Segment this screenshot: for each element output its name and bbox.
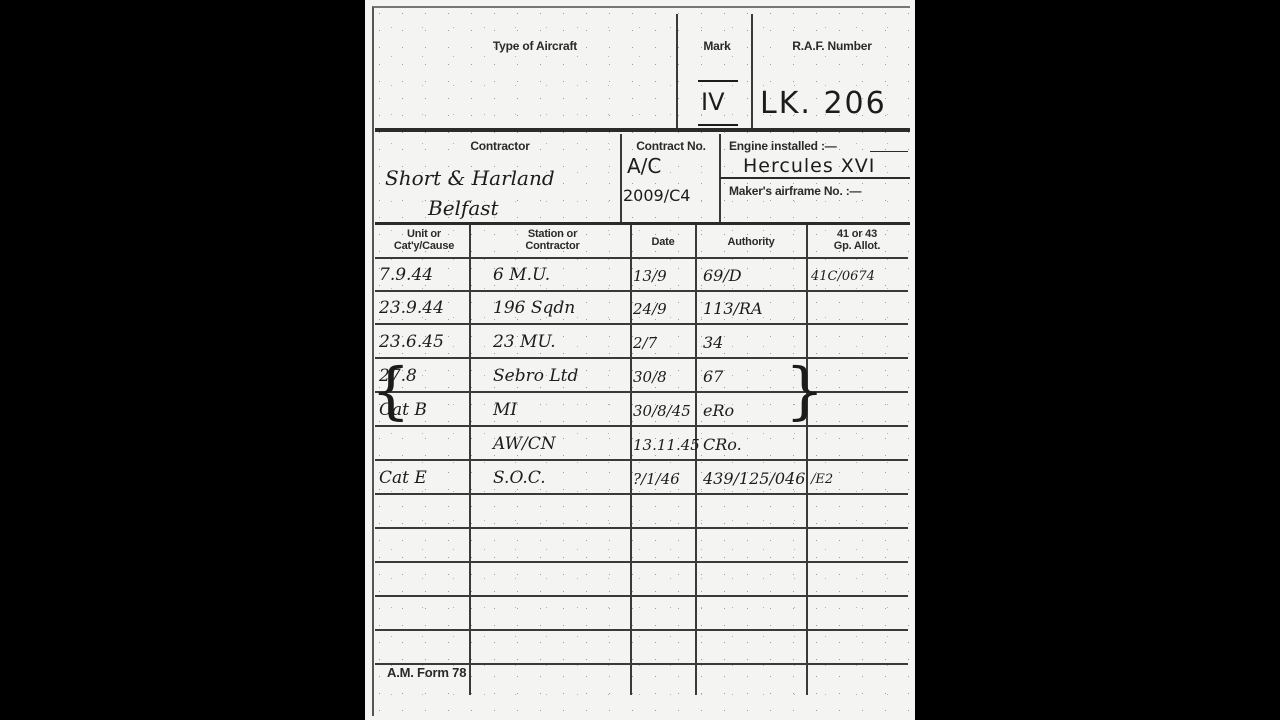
- cell-authority: 439/125/046: [703, 469, 805, 488]
- row-rule: [375, 629, 908, 631]
- row-rule: [375, 357, 908, 359]
- type-of-aircraft-label: Type of Aircraft: [460, 40, 610, 52]
- makers-airframe-label: Maker's airframe No. :—: [729, 185, 904, 197]
- contract-no-line1: A/C: [627, 154, 661, 178]
- cell-allot: 41C/0674: [811, 269, 875, 284]
- cell-authority: 69/D: [703, 266, 742, 285]
- row-rule: [375, 323, 908, 325]
- row-rule: [375, 527, 908, 529]
- header-divider-1: [676, 14, 678, 128]
- cell-date: 13.11.45: [633, 436, 700, 454]
- col-header-allot: 41 or 43Gp. Allot.: [808, 228, 906, 252]
- cell-station: 196 Sqdn: [493, 298, 575, 318]
- contract-divider-2: [719, 134, 721, 224]
- engine-label-underline: [870, 151, 908, 152]
- contract-divider-1: [620, 134, 622, 224]
- cell-station: AW/CN: [493, 434, 556, 454]
- table-header-rule: [375, 257, 908, 259]
- contract-no-label: Contract No.: [623, 140, 719, 152]
- cell-authority: 113/RA: [703, 299, 763, 318]
- engine-rule: [720, 177, 910, 179]
- engine-installed-label: Engine installed :—: [729, 140, 869, 152]
- mark-value-text: IV: [701, 88, 725, 116]
- engine-installed-value: Hercules XVI: [743, 155, 875, 177]
- col-header-unit: Unit orCat'y/Cause: [379, 228, 469, 252]
- cell-authority: eRo: [703, 401, 734, 420]
- contract-rule: [375, 222, 910, 225]
- contract-no-line2: 2009/C4: [623, 186, 690, 205]
- row-rule: [375, 493, 908, 495]
- cell-unit: Cat E: [379, 468, 427, 488]
- row-rule: [375, 290, 908, 292]
- cell-unit: 23.6.45: [379, 332, 444, 352]
- form-number: A.M. Form 78: [387, 667, 487, 679]
- mark-label: Mark: [687, 40, 747, 52]
- cell-date: 2/7: [633, 334, 657, 352]
- raf-number-value: LK. 206: [760, 86, 887, 121]
- cell-authority: 67: [703, 367, 723, 386]
- row-rule: [375, 425, 908, 427]
- cell-station: Sebro Ltd: [493, 366, 578, 386]
- cell-date: 30/8/45: [633, 402, 691, 420]
- aircraft-record-card: Type of Aircraft Mark R.A.F. Number IV L…: [365, 0, 915, 720]
- right-brace: }: [785, 360, 824, 422]
- contractor-value-line1: Short & Harland: [385, 166, 555, 190]
- col-header-date: Date: [631, 236, 695, 248]
- cell-unit: 23.9.44: [379, 298, 444, 318]
- cell-station: MI: [493, 400, 517, 420]
- cell-station: 23 MU.: [493, 332, 556, 352]
- header-divider-2: [751, 14, 753, 128]
- cell-date: 30/8: [633, 368, 667, 386]
- row-rule: [375, 459, 908, 461]
- contractor-value-line2: Belfast: [428, 196, 499, 220]
- left-brace: {: [371, 360, 410, 422]
- contractor-label: Contractor: [445, 140, 555, 152]
- header-rule: [375, 128, 910, 132]
- row-rule: [375, 561, 908, 563]
- cell-authority: CRo.: [703, 435, 742, 454]
- cell-allot: /E2: [811, 472, 833, 487]
- row-rule: [375, 595, 908, 597]
- cell-date: ?/1/46: [633, 470, 680, 488]
- cell-unit: 7.9.44: [379, 265, 433, 285]
- cell-date: 13/9: [633, 267, 667, 285]
- cell-station: S.O.C.: [493, 468, 546, 488]
- cell-station: 6 M.U.: [493, 265, 550, 285]
- col-header-station: Station orContractor: [475, 228, 630, 252]
- row-rule: [375, 391, 908, 393]
- raf-number-label: R.A.F. Number: [767, 40, 897, 52]
- col-header-authority: Authority: [696, 236, 806, 248]
- cell-authority: 34: [703, 333, 723, 352]
- cell-date: 24/9: [633, 300, 667, 318]
